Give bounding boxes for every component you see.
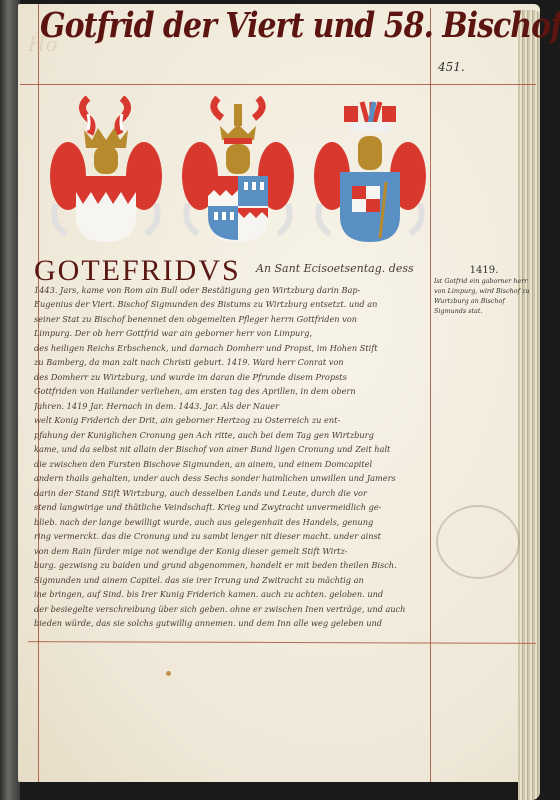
text-line: An Sant Ecisoetsentag. dess bbox=[34, 262, 426, 277]
text-line: welt Konig Friderich der Drit, ain gebor… bbox=[34, 413, 426, 428]
text-line: zu Bamberg, da man zalt nach Christi geb… bbox=[34, 355, 426, 370]
margin-note: 1419. Ist Gotfrid ein gaborner herr von … bbox=[434, 266, 534, 316]
top-rule bbox=[20, 84, 536, 85]
page-title: Gotfrid der Viert und 58. Bischof bbox=[40, 6, 560, 46]
text-line: pfahung der Kuniglichen Cronung gen Ach … bbox=[34, 428, 426, 443]
text-line: des heiligen Reichs Erbschenck, und darn… bbox=[34, 341, 426, 356]
text-line: burg. gezwisng zu baiden und grund abgen… bbox=[34, 558, 426, 573]
margin-note-year: 1419. bbox=[434, 266, 534, 276]
text-line: Jahren. 1419 Jar. Hernach in dem. 1443. … bbox=[34, 399, 426, 414]
folio-number: 451. bbox=[438, 60, 465, 74]
text-line: seiner Stat zu Bischof benennet den obge… bbox=[34, 312, 426, 327]
faded-ink-circle bbox=[436, 505, 520, 579]
text-line: blieb. nach der lange bewilligt wurde, a… bbox=[34, 515, 426, 530]
text-line: kame, und da selbst nit allain der Bisch… bbox=[34, 442, 426, 457]
text-line: ring vermerckt. das die Cronung und zu s… bbox=[34, 529, 426, 544]
book-spine bbox=[0, 0, 20, 800]
text-line: Limpurg. Der ob herr Gottfrid war ain ge… bbox=[34, 326, 426, 341]
entry-body: An Sant Ecisoetsentag. dess 1443. Jars, … bbox=[34, 262, 426, 631]
text-line: die zwischen den Fursten Bischove Sigmun… bbox=[34, 457, 426, 472]
text-line: 1443. Jars, kame von Rom ain Bull oder B… bbox=[34, 283, 426, 298]
text-line: Eugenius der Viert. Bischof Sigmunden de… bbox=[34, 297, 426, 312]
coat-of-arms-2 bbox=[180, 96, 296, 244]
text-line: bieden würde, das sie solchs gutwillig a… bbox=[34, 616, 426, 631]
text-line: der besiegelte verschreibung über sich g… bbox=[34, 602, 426, 617]
right-margin-rule bbox=[430, 8, 431, 782]
text-line: stend langwirige und thätliche Veindscha… bbox=[34, 500, 426, 515]
text-line: andern thails gehalten, under auch dess … bbox=[34, 471, 426, 486]
text-line: des Domherr zu Wirtzburg, und wurde im d… bbox=[34, 370, 426, 385]
text-line: Gottfriden von Hailander verliehen, am e… bbox=[34, 384, 426, 399]
text-line: von dem Rain fürder mige not wendige der… bbox=[34, 544, 426, 559]
text-line: darin der Stand Stift Wirtzburg, auch de… bbox=[34, 486, 426, 501]
ink-spot bbox=[166, 671, 171, 676]
page-edges bbox=[518, 10, 540, 800]
coat-of-arms-1 bbox=[48, 96, 164, 244]
text-line: ine bringen, auf Sind. bis Irer Kunig Fr… bbox=[34, 587, 426, 602]
text-line: Sigmunden und ainem Capitel. das sie ire… bbox=[34, 573, 426, 588]
margin-note-text: Ist Gotfrid ein gaborner herr von Limpur… bbox=[434, 277, 530, 315]
coat-of-arms-3 bbox=[312, 96, 428, 244]
